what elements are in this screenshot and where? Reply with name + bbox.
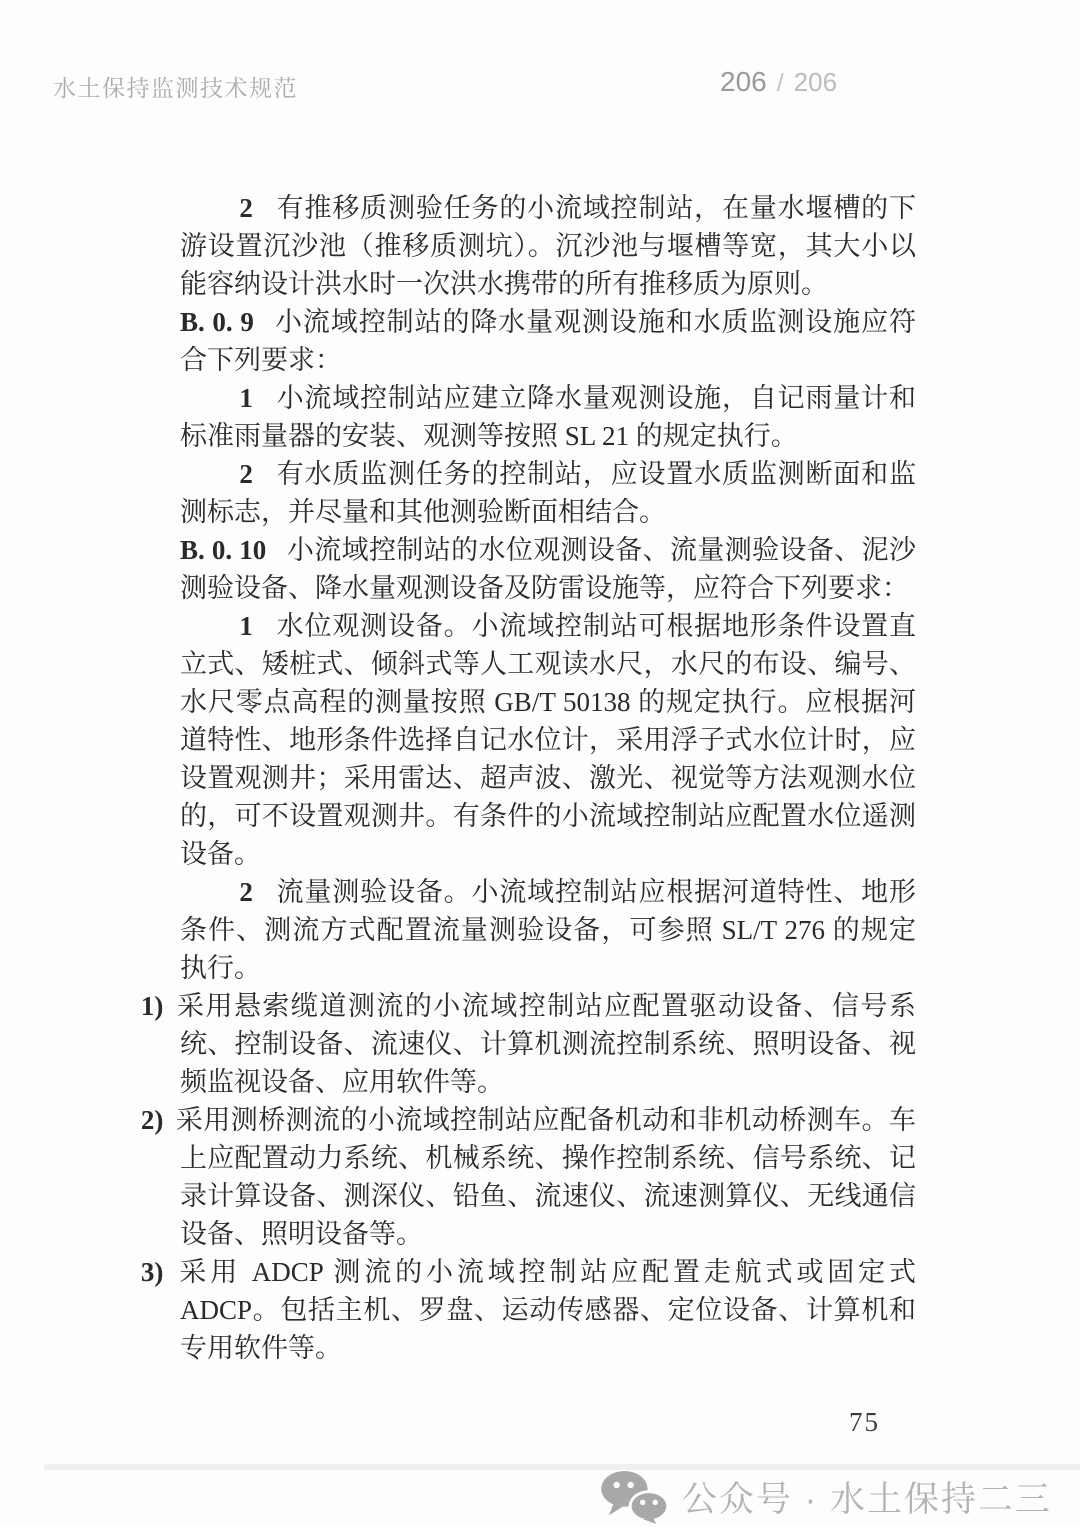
list-item: 3)采用 ADCP 测流的小流域控制站应配置走航式或固定式 ADCP。包括主机、… (180, 1253, 916, 1367)
paragraph-text: 有推移质测验任务的小流域控制站，在量水堰槽的下游设置沉沙池（推移质测坑）。沉沙池… (180, 193, 916, 299)
paragraph-text: 水位观测设备。小流域控制站可根据地形条件设置直立式、矮桩式、倾斜式等人工观读水尺… (180, 611, 916, 869)
paragraph-text: 有水质监测任务的控制站，应设置水质监测断面和监测标志，并尽量和其他测验断面相结合… (180, 459, 916, 527)
paragraph-numbered: 1小流域控制站应建立降水量观测设施，自记雨量计和标准雨量器的安装、观测等按照 S… (180, 379, 916, 455)
list-item: 1)采用悬索缆道测流的小流域控制站应配置驱动设备、信号系统、控制设备、流速仪、计… (180, 987, 916, 1101)
wechat-icon (600, 1470, 670, 1524)
list-item: 2)采用测桥测流的小流域控制站应配备机动和非机动桥测车。车上应配置动力系统、机械… (180, 1101, 916, 1253)
clause-b-0-9: B. 0. 9小流域控制站的降水量观测设施和水质监测设施应符合下列要求： (180, 303, 916, 379)
viewer-header: 水土保持监测技术规范 206 / 206 (0, 0, 1080, 120)
watermark-text: 公众号 · 水土保持二三 (682, 1472, 1052, 1522)
clause-label: B. 0. 10 (180, 535, 266, 565)
paragraph-number: 1 (239, 611, 253, 641)
page-indicator: 206 / 206 (720, 66, 837, 98)
list-text: 采用测桥测流的小流域控制站应配备机动和非机动桥测车。车上应配置动力系统、机械系统… (176, 1105, 917, 1249)
list-marker: 1) (141, 991, 164, 1021)
paragraph-numbered: 2有水质监测任务的控制站，应设置水质监测断面和监测标志，并尽量和其他测验断面相结… (180, 455, 916, 531)
paragraph-text: 流量测验设备。小流域控制站应根据河道特性、地形条件、测流方式配置流量测验设备，可… (180, 877, 916, 983)
document-content: 2有推移质测验任务的小流域控制站，在量水堰槽的下游设置沉沙池（推移质测坑）。沉沙… (180, 189, 916, 1441)
paragraph-numbered: 2有推移质测验任务的小流域控制站，在量水堰槽的下游设置沉沙池（推移质测坑）。沉沙… (180, 189, 916, 303)
page-separator: / (777, 69, 784, 98)
list-text: 采用 ADCP 测流的小流域控制站应配置走航式或固定式 ADCP。包括主机、罗盘… (176, 1257, 917, 1363)
document-page: 水土保持监测技术规范 206 / 206 2有推移质测验任务的小流域控制站，在量… (0, 0, 1080, 1527)
clause-text: 小流域控制站的降水量观测设施和水质监测设施应符合下列要求： (180, 307, 916, 375)
paragraph-text: 小流域控制站应建立降水量观测设施，自记雨量计和标准雨量器的安装、观测等按照 SL… (180, 383, 916, 451)
total-page-number: 206 (794, 67, 837, 98)
clause-text: 小流域控制站的水位观测设备、流量测验设备、泥沙测验设备、降水量观测设备及防雷设施… (180, 535, 916, 603)
clause-label: B. 0. 9 (180, 307, 254, 337)
list-marker: 2) (141, 1105, 164, 1135)
list-marker: 3) (141, 1257, 164, 1287)
list-text: 采用悬索缆道测流的小流域控制站应配置驱动设备、信号系统、控制设备、流速仪、计算机… (176, 991, 917, 1097)
page-number: 75 (180, 1403, 916, 1441)
paragraph-number: 1 (239, 383, 253, 413)
paragraph-number: 2 (239, 877, 253, 907)
document-title: 水土保持监测技术规范 (53, 70, 298, 103)
current-page-number: 206 (720, 66, 767, 98)
paragraph-numbered: 1水位观测设备。小流域控制站可根据地形条件设置直立式、矮桩式、倾斜式等人工观读水… (180, 607, 916, 873)
paragraph-number: 2 (239, 193, 253, 223)
paragraph-numbered: 2流量测验设备。小流域控制站应根据河道特性、地形条件、测流方式配置流量测验设备，… (180, 873, 916, 987)
clause-b-0-10: B. 0. 10小流域控制站的水位观测设备、流量测验设备、泥沙测验设备、降水量观… (180, 531, 916, 607)
paragraph-number: 2 (239, 459, 253, 489)
watermark: 公众号 · 水土保持二三 (600, 1470, 1052, 1524)
